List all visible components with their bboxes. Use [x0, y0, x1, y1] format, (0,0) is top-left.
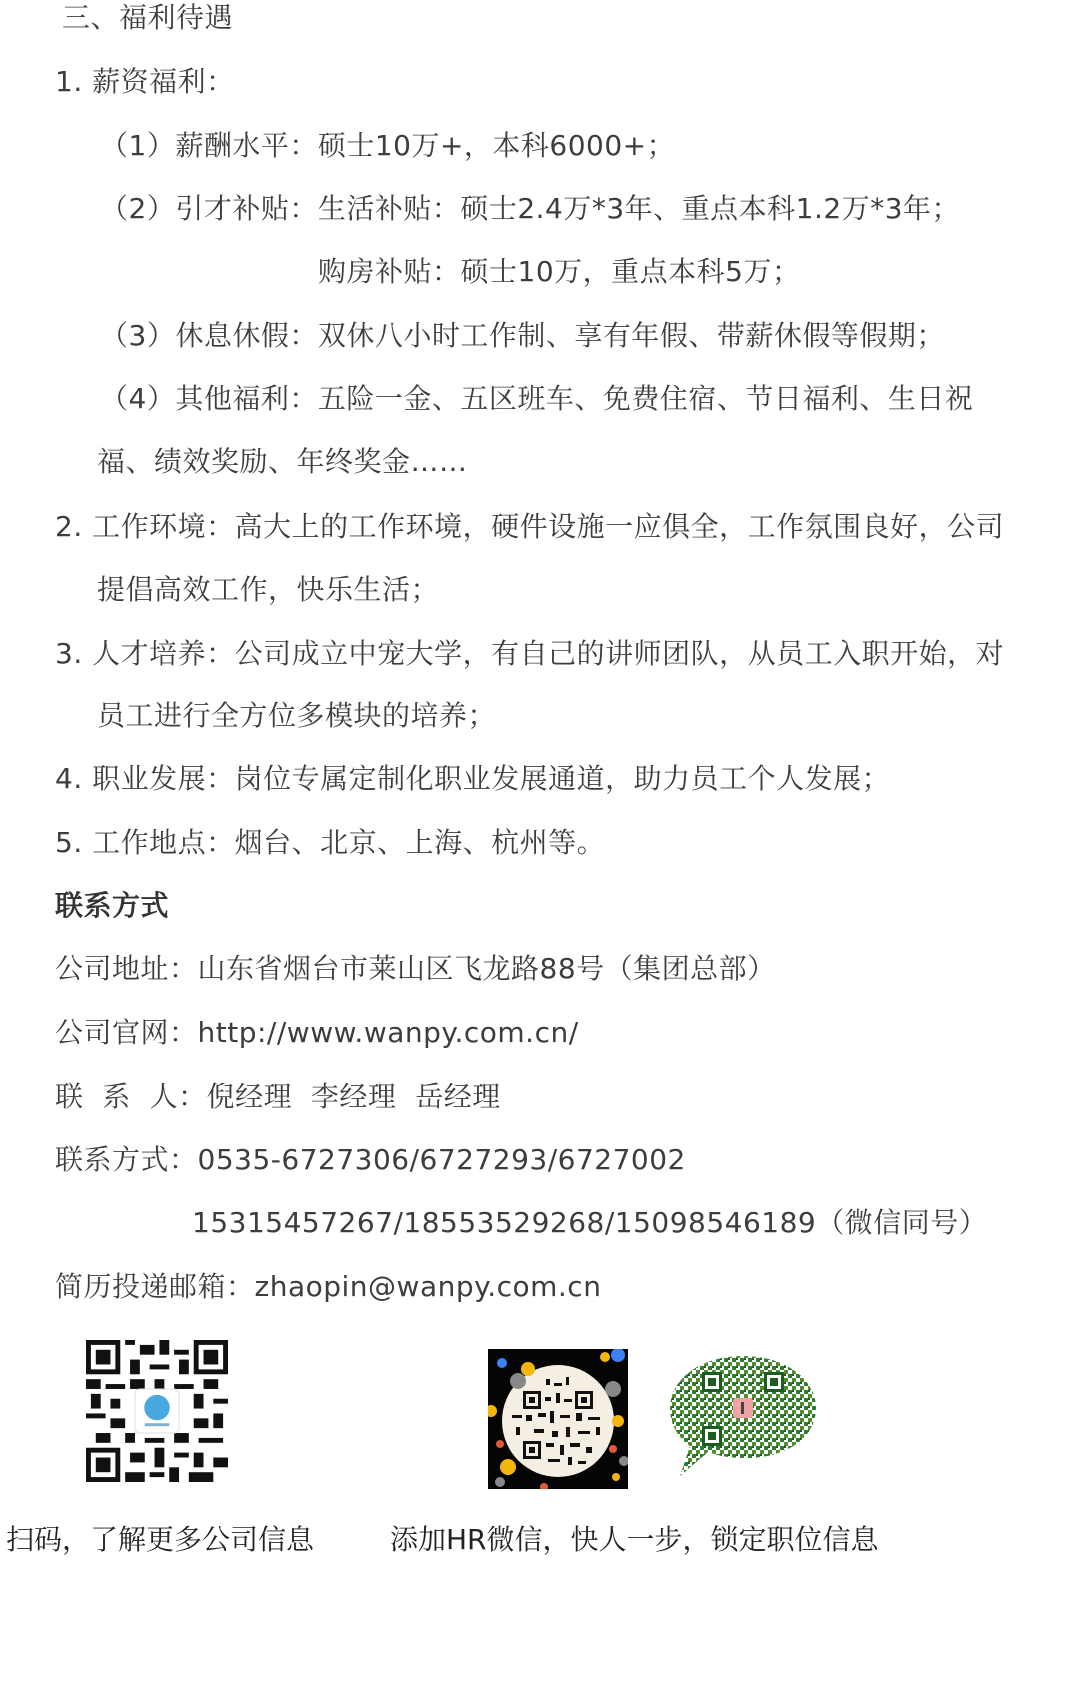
- contact-persons: 联 系 人：倪经理 李经理 岳经理: [55, 1079, 501, 1115]
- benefit-salary-heading: 1. 薪资福利：: [55, 64, 235, 100]
- benefit-other: （4）其他福利：五险一金、五区班车、免费住宿、节日福利、生日祝: [100, 381, 973, 417]
- contact-mobiles: 15315457267/18553529268/15098546189（微信同号…: [192, 1205, 987, 1241]
- contact-website-row: 公司官网：http://www.wanpy.com.cn/: [55, 1015, 579, 1051]
- qr-code-hr-wechat-1-icon: [488, 1349, 628, 1489]
- contact-phone-row: 联系方式：0535-6727306/6727293/6727002: [55, 1142, 686, 1178]
- benefit-salary-level: （1）薪酬水平：硕士10万+，本科6000+；: [100, 128, 675, 164]
- contact-address: 公司地址：山东省烟台市莱山区飞龙路88号（集团总部）: [55, 951, 776, 987]
- qr-code-company-icon: [86, 1340, 228, 1482]
- qr-code-hr-wechat-2-icon: [668, 1350, 818, 1480]
- benefit-leave: （3）休息休假：双休八小时工作制、享有年假、带薪休假等假期；: [100, 318, 945, 354]
- benefit-environment-cont: 提倡高效工作，快乐生活；: [97, 572, 439, 608]
- benefit-location: 5. 工作地点：烟台、北京、上海、杭州等。: [55, 825, 605, 861]
- phone-label: 联系方式：: [55, 1143, 198, 1176]
- benefit-training: 3. 人才培养：公司成立中宠大学，有自己的讲师团队，从员工入职开始，对: [55, 636, 1004, 672]
- contact-heading: 联系方式: [55, 888, 169, 924]
- email-label: 简历投递邮箱：: [55, 1270, 255, 1303]
- hr-qr-caption: 添加HR微信，快人一步，锁定职位信息: [390, 1522, 879, 1558]
- contact-email-row: 简历投递邮箱：zhaopin@wanpy.com.cn: [55, 1269, 601, 1305]
- email-link[interactable]: zhaopin@wanpy.com.cn: [255, 1270, 602, 1303]
- benefit-talent-subsidy: （2）引才补贴：生活补贴：硕士2.4万*3年、重点本科1.2万*3年；: [100, 191, 960, 227]
- benefit-training-cont: 员工进行全方位多模块的培养；: [97, 698, 496, 734]
- phone-numbers: 0535-6727306/6727293/6727002: [198, 1143, 686, 1176]
- benefit-other-cont: 福、绩效奖励、年终奖金……: [97, 444, 468, 480]
- section-title: 三、福利待遇: [62, 0, 233, 36]
- benefit-career: 4. 职业发展：岗位专属定制化职业发展通道，助力员工个人发展；: [55, 761, 890, 797]
- company-qr-caption: 扫码，了解更多公司信息: [6, 1522, 314, 1558]
- benefit-housing-subsidy: 购房补贴：硕士10万，重点本科5万；: [318, 254, 800, 290]
- website-label: 公司官网：: [55, 1016, 198, 1049]
- benefit-environment: 2. 工作环境：高大上的工作环境，硬件设施一应俱全，工作氛围良好，公司: [55, 509, 1004, 545]
- website-link[interactable]: http://www.wanpy.com.cn/: [198, 1016, 579, 1049]
